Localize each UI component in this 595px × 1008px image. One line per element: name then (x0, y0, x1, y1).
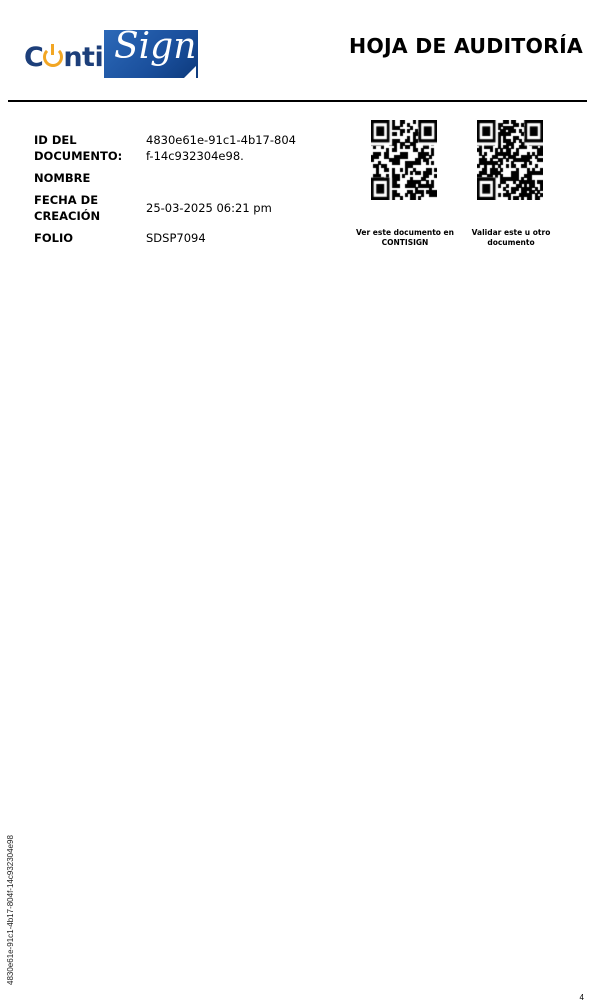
field-document-id: ID DEL DOCUMENTO: 4830e61e-91c1-4b17-804… (34, 132, 296, 164)
page-curl-icon (184, 66, 196, 78)
page-title: HOJA DE AUDITORÍA (349, 34, 583, 58)
qr-caption-validate: Validar este u otro documento (456, 228, 566, 248)
page-number: 4 (580, 993, 584, 1002)
side-document-id: 4830e61e-91c1-4b17-804f-14c932304e98 (6, 835, 15, 985)
field-label: NOMBRE (34, 170, 146, 186)
logo-text-conti: Cnti (24, 42, 103, 73)
field-value: 4830e61e-91c1-4b17-804f-14c932304e98. (146, 132, 296, 164)
field-label: FOLIO (34, 230, 146, 246)
field-value: 25-03-2025 06:21 pm (146, 192, 296, 224)
qr-code-view-document[interactable] (371, 120, 439, 200)
field-folio: FOLIO SDSP7094 (34, 230, 296, 246)
logo-text-sign: Sign (114, 26, 196, 67)
field-value (146, 170, 296, 186)
qr-caption-view: Ver este documento en CONTISIGN (350, 228, 460, 248)
document-metadata: ID DEL DOCUMENTO: 4830e61e-91c1-4b17-804… (34, 132, 296, 252)
field-creation-date: FECHA DE CREACIÓN 25-03-2025 06:21 pm (34, 192, 296, 224)
field-value: SDSP7094 (146, 230, 296, 246)
field-label: FECHA DE CREACIÓN (34, 192, 126, 224)
qr-code-icon (371, 120, 437, 200)
qr-code-validate-document[interactable] (477, 120, 545, 200)
field-name: NOMBRE (34, 170, 296, 186)
header-divider (8, 100, 587, 102)
contisign-logo: Cnti Sign (22, 28, 200, 82)
power-icon (43, 47, 63, 67)
qr-code-icon (477, 120, 543, 200)
field-label: ID DEL DOCUMENTO: (34, 132, 146, 164)
